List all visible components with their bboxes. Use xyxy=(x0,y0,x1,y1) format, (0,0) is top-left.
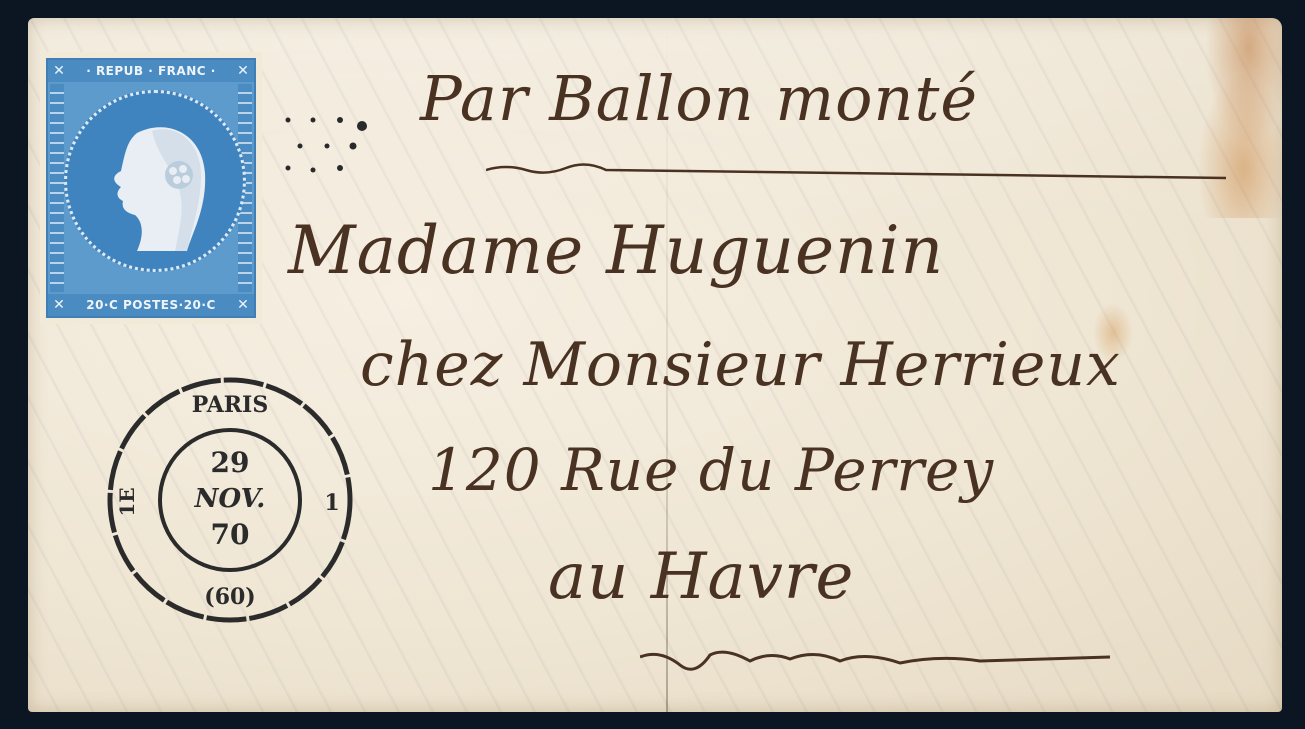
paris-postmark: PARIS 29 NOV. 70 (60) 1E 1 xyxy=(104,372,356,628)
postmark-city: PARIS xyxy=(192,392,268,418)
stamp-bottom-inscription: 20·C POSTES·20·C xyxy=(48,294,254,316)
stamp-corner-x-icon: ✕ xyxy=(234,296,252,314)
stamp-corner-x-icon: ✕ xyxy=(50,296,68,314)
routing-instruction: Par Ballon monté xyxy=(420,62,978,135)
city-underline xyxy=(640,645,1120,685)
postmark-right-marker: 1 xyxy=(324,490,339,516)
ceres-head-icon xyxy=(97,113,217,253)
stamp-corner-x-icon: ✕ xyxy=(50,62,68,80)
stamp-corner-x-icon: ✕ xyxy=(234,62,252,80)
addressee-name: Madame Huguenin xyxy=(288,212,944,289)
stamp-side-ornament xyxy=(50,84,64,292)
postmark-day: 29 xyxy=(211,446,250,479)
stamp-frame: · REPUB · FRANC · 20·C POSTES·20·C ✕ ✕ ✕… xyxy=(46,58,256,318)
postmark-year: 70 xyxy=(211,518,250,551)
postmark-office: (60) xyxy=(204,584,255,610)
stamp-top-inscription: · REPUB · FRANC · xyxy=(48,60,254,82)
postage-stamp: · REPUB · FRANC · 20·C POSTES·20·C ✕ ✕ ✕… xyxy=(40,52,262,324)
care-of-line: chez Monsieur Herrieux xyxy=(360,330,1121,400)
routing-underline xyxy=(486,160,1226,190)
postmark-left-marker: 1E xyxy=(115,487,139,516)
postmark-month: NOV. xyxy=(194,484,266,514)
street-address: 120 Rue du Perrey xyxy=(428,436,994,504)
stamp-medallion xyxy=(64,90,246,272)
destination-city: au Havre xyxy=(548,540,854,614)
dotted-cancel-mark xyxy=(280,110,370,190)
